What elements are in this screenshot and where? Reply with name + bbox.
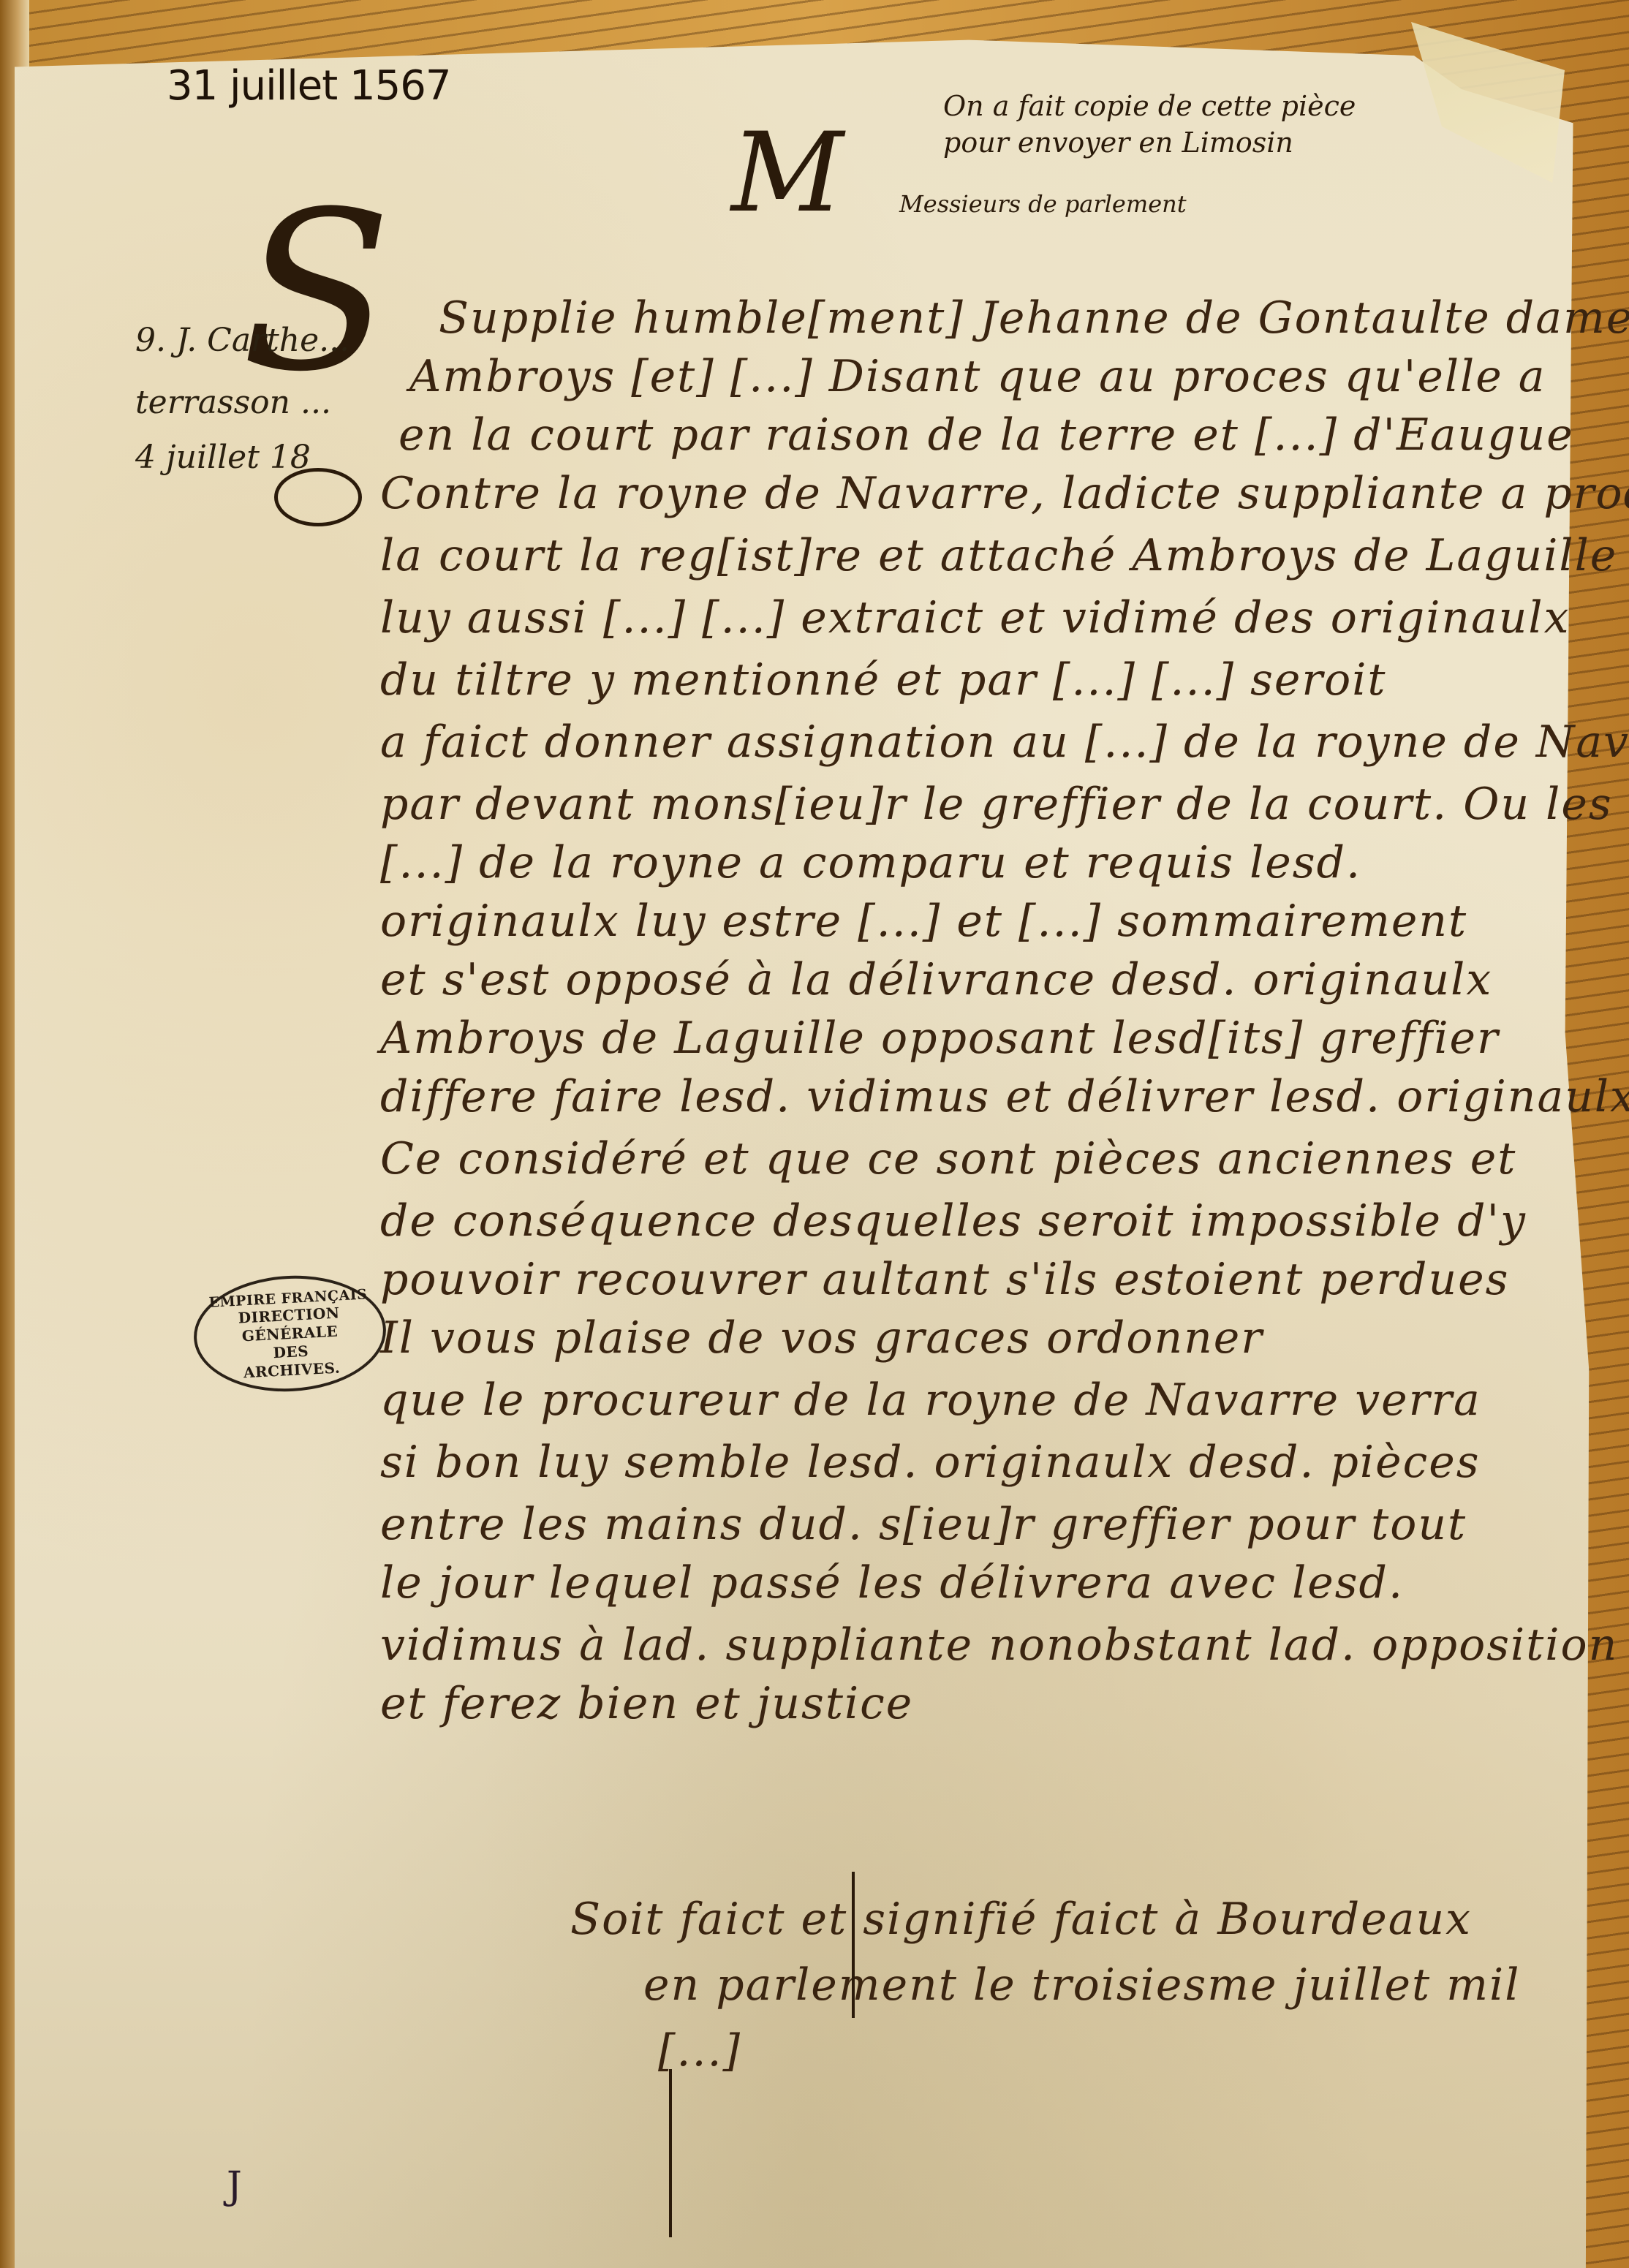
body-line: si bon luy semble lesd. originaulx desd.… [380,1437,1481,1488]
descender-stroke [669,2069,672,2237]
body-line: luy aussi [...] [...] extraict et vidimé… [380,592,1570,643]
body-line: de conséquence desquelles seroit impossi… [380,1195,1527,1247]
folio-mark: J [227,2164,242,2208]
copy-note-line-2: pour envoyer en Limosin [943,124,1356,161]
paraph-flourish-icon [274,468,362,526]
closing-line: Soit faict et signifié faict à Bourdeaux [570,1894,1472,1945]
closing-line: en parlement le troisiesme juillet mil [643,1959,1520,2011]
body-line: a faict donner assignation au [...] de l… [380,717,1629,768]
body-line: en la court par raison de la terre et [.… [398,409,1574,461]
body-line: Ambroys de Laguille opposant lesd[its] g… [380,1013,1500,1064]
body-line: Ce considéré et que ce sont pièces ancie… [380,1133,1516,1184]
body-line: la court la reg[ist]re et attaché Ambroy… [380,530,1617,581]
body-line: et ferez bien et justice [380,1678,913,1729]
body-line: Contre la royne de Navarre, ladicte supp… [380,468,1629,519]
body-line: entre les mains dud. s[ieu]r greffier po… [380,1499,1467,1550]
body-line: et s'est opposé à la délivrance desd. or… [380,954,1492,1005]
margin-note-2: terrasson ... [135,384,331,421]
body-line: vidimus à lad. suppliante nonobstant lad… [380,1619,1618,1671]
body-line: [...] de la royne a comparu et requis le… [380,837,1361,888]
salutation-initial: M [731,110,844,237]
body-line: Il vous plaise de vos graces ordonner [380,1312,1263,1364]
copy-note-line-1: On a fait copie de cette pièce [943,88,1356,124]
copy-note: On a fait copie de cette pièce pour envo… [943,88,1356,161]
descender-stroke [852,1872,855,2018]
stamp-line-3: DES [273,1342,309,1362]
margin-note-1: 9. J. Carthe... [135,322,349,359]
body-line: originaulx luy estre [...] et [...] somm… [380,896,1467,947]
body-line: par devant mons[ieu]r le greffier de la … [380,779,1613,830]
margin-note-3: 4 juillet 18 [135,439,311,476]
opening-initial: S [241,183,392,402]
body-line: Supplie humble[ment] Jehanne de Gontault… [439,292,1629,344]
stamp-line-4: ARCHIVES. [243,1358,340,1382]
body-line: pouvoir recouvrer aultant s'ils estoient… [380,1254,1509,1305]
date-header: 31 juillet 1567 [167,62,451,110]
body-line: Ambroys [et] [...] Disant que au proces … [409,351,1546,402]
body-line: du tiltre y mentionné et par [...] [...]… [380,654,1387,706]
body-line: le jour lequel passé les délivrera avec … [380,1557,1404,1609]
body-line: que le procureur de la royne de Navarre … [380,1375,1481,1426]
body-line: differe faire lesd. vidimus et délivrer … [380,1071,1629,1122]
salutation-text: Messieurs de parlement [899,190,1187,218]
